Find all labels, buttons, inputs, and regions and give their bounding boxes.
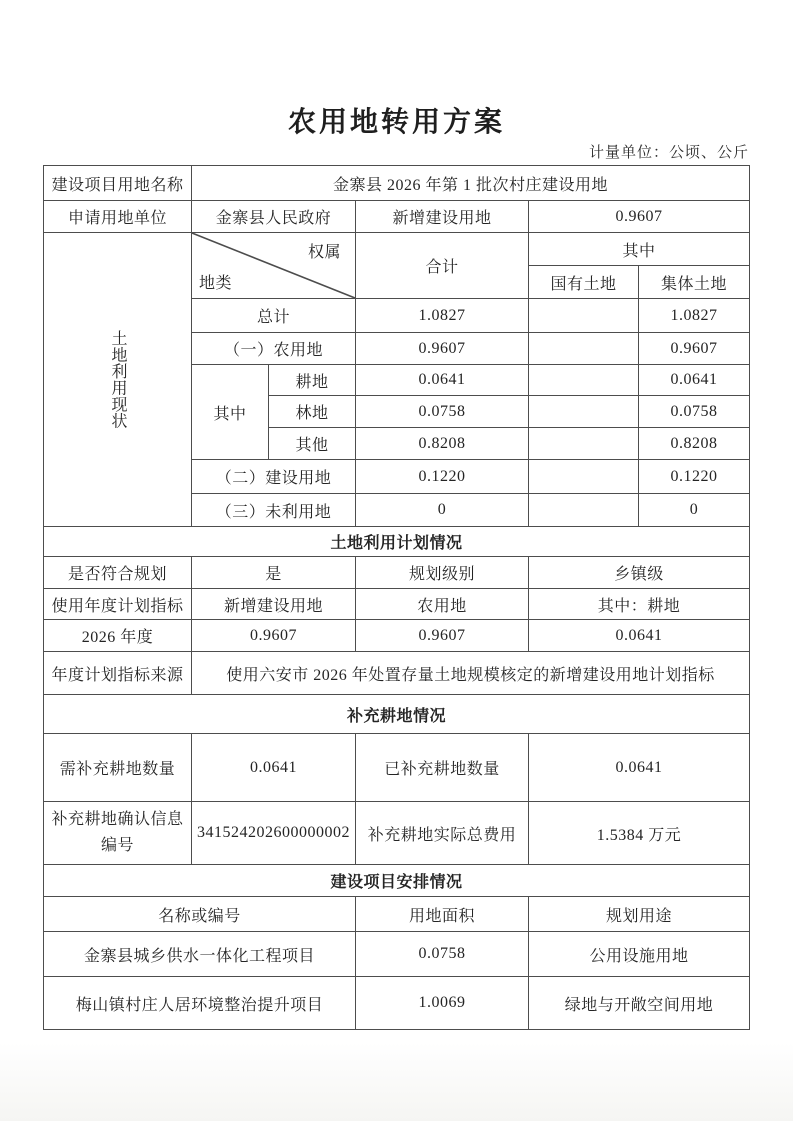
applicant-value: 金寨县人民政府 [192,201,356,233]
total-value: 1.0827 [356,299,529,333]
confirm-number-value: 341524202600000002 [192,802,356,865]
col-header-collective-land: 集体土地 [639,266,750,299]
section-header-projects: 建设项目安排情况 [44,865,750,897]
table-row: 建设项目用地名称 金寨县 2026 年第 1 批次村庄建设用地 [44,166,750,201]
indicator-label: 使用年度计划指标 [44,589,192,620]
need-supplement-label: 需补充耕地数量 [44,734,192,802]
state-land-value [529,428,639,460]
page-title: 农用地转用方案 [0,100,793,140]
total-value: 0 [356,494,529,527]
state-land-value [529,460,639,494]
table-row: 年度计划指标来源 使用六安市 2026 年处置存量土地规模核定的新增建设用地计划… [44,652,750,695]
year-value-3: 0.0641 [529,620,750,652]
table-row: 土地利用现状 权属 地类 合计 其中 [44,233,750,266]
section-header-plan: 土地利用计划情况 [44,527,750,557]
total-value: 0.1220 [356,460,529,494]
project-name-column-header: 名称或编号 [44,897,356,932]
table-row: 补充耕地确认信息编号 341524202600000002 补充耕地实际总费用 … [44,802,750,865]
new-construction-label: 新增建设用地 [356,201,529,233]
fee-label: 补充耕地实际总费用 [356,802,529,865]
collective-land-value: 0.0641 [639,365,750,396]
col-header-total: 合计 [356,233,529,299]
project-name-label: 建设项目用地名称 [44,166,192,201]
collective-land-value: 0.9607 [639,333,750,365]
source-label: 年度计划指标来源 [44,652,192,695]
plan-level-label: 规划级别 [356,557,529,589]
collective-land-value: 1.0827 [639,299,750,333]
done-supplement-value: 0.0641 [529,734,750,802]
table-row: 2026 年度 0.9607 0.9607 0.0641 [44,620,750,652]
project-area: 1.0069 [356,977,529,1030]
table-row: 是否符合规划 是 规划级别 乡镇级 [44,557,750,589]
indicator-col3: 其中：耕地 [529,589,750,620]
land-use-vertical-label: 土地利用现状 [44,233,192,527]
indicator-col1: 新增建设用地 [192,589,356,620]
col-header-state-land: 国有土地 [529,266,639,299]
state-land-value [529,333,639,365]
row-label: 耕地 [269,365,356,396]
project-name: 梅山镇村庄人居环境整治提升项目 [44,977,356,1030]
section-header-supplement: 补充耕地情况 [44,695,750,734]
collective-land-value: 0 [639,494,750,527]
main-form-table: 建设项目用地名称 金寨县 2026 年第 1 批次村庄建设用地 申请用地单位 金… [43,165,750,1030]
total-value: 0.0758 [356,396,529,428]
collective-land-value: 0.1220 [639,460,750,494]
year-label: 2026 年度 [44,620,192,652]
total-value: 0.8208 [356,428,529,460]
project-area-column-header: 用地面积 [356,897,529,932]
row-label: （二）建设用地 [192,460,356,494]
state-land-value [529,365,639,396]
project-use: 公用设施用地 [529,932,750,977]
done-supplement-label: 已补充耕地数量 [356,734,529,802]
row-label: （三）未利用地 [192,494,356,527]
conform-label: 是否符合规划 [44,557,192,589]
total-value: 0.0641 [356,365,529,396]
year-value-1: 0.9607 [192,620,356,652]
row-label: 其他 [269,428,356,460]
table-row: 需补充耕地数量 0.0641 已补充耕地数量 0.0641 [44,734,750,802]
state-land-value [529,396,639,428]
collective-land-value: 0.8208 [639,428,750,460]
project-area: 0.0758 [356,932,529,977]
row-label: （一）农用地 [192,333,356,365]
collective-land-value: 0.0758 [639,396,750,428]
unit-note: 计量单位：公顷、公斤 [43,141,749,162]
new-construction-value: 0.9607 [529,201,750,233]
plan-level-value: 乡镇级 [529,557,750,589]
diagonal-top-label: 权属 [308,239,341,262]
indicator-col2: 农用地 [356,589,529,620]
among-group-label: 其中 [192,365,269,460]
project-use: 绿地与开敞空间用地 [529,977,750,1030]
applicant-label: 申请用地单位 [44,201,192,233]
project-row: 金寨县城乡供水一体化工程项目 0.0758 公用设施用地 [44,932,750,977]
need-supplement-value: 0.0641 [192,734,356,802]
table-row: 补充耕地情况 [44,695,750,734]
year-value-2: 0.9607 [356,620,529,652]
diagonal-bottom-label: 地类 [199,270,232,293]
table-row: 申请用地单位 金寨县人民政府 新增建设用地 0.9607 [44,201,750,233]
project-use-column-header: 规划用途 [529,897,750,932]
conform-value: 是 [192,557,356,589]
source-value: 使用六安市 2026 年处置存量土地规模核定的新增建设用地计划指标 [192,652,750,695]
document-page: 农用地转用方案 计量单位：公顷、公斤 建设项目用地名称 金寨县 2026 年第 … [0,0,793,1121]
table-row: 土地利用计划情况 [44,527,750,557]
fee-value: 1.5384 万元 [529,802,750,865]
col-header-among: 其中 [529,233,750,266]
table-row: 建设项目安排情况 [44,865,750,897]
row-label: 总计 [192,299,356,333]
state-land-value [529,494,639,527]
project-name: 金寨县城乡供水一体化工程项目 [44,932,356,977]
project-row: 梅山镇村庄人居环境整治提升项目 1.0069 绿地与开敞空间用地 [44,977,750,1030]
row-label: 林地 [269,396,356,428]
confirm-number-label: 补充耕地确认信息编号 [44,802,192,865]
state-land-value [529,299,639,333]
total-value: 0.9607 [356,333,529,365]
table-row: 名称或编号 用地面积 规划用途 [44,897,750,932]
diagonal-header-cell: 权属 地类 [192,233,356,299]
project-name-value: 金寨县 2026 年第 1 批次村庄建设用地 [192,166,750,201]
table-row: 使用年度计划指标 新增建设用地 农用地 其中：耕地 [44,589,750,620]
